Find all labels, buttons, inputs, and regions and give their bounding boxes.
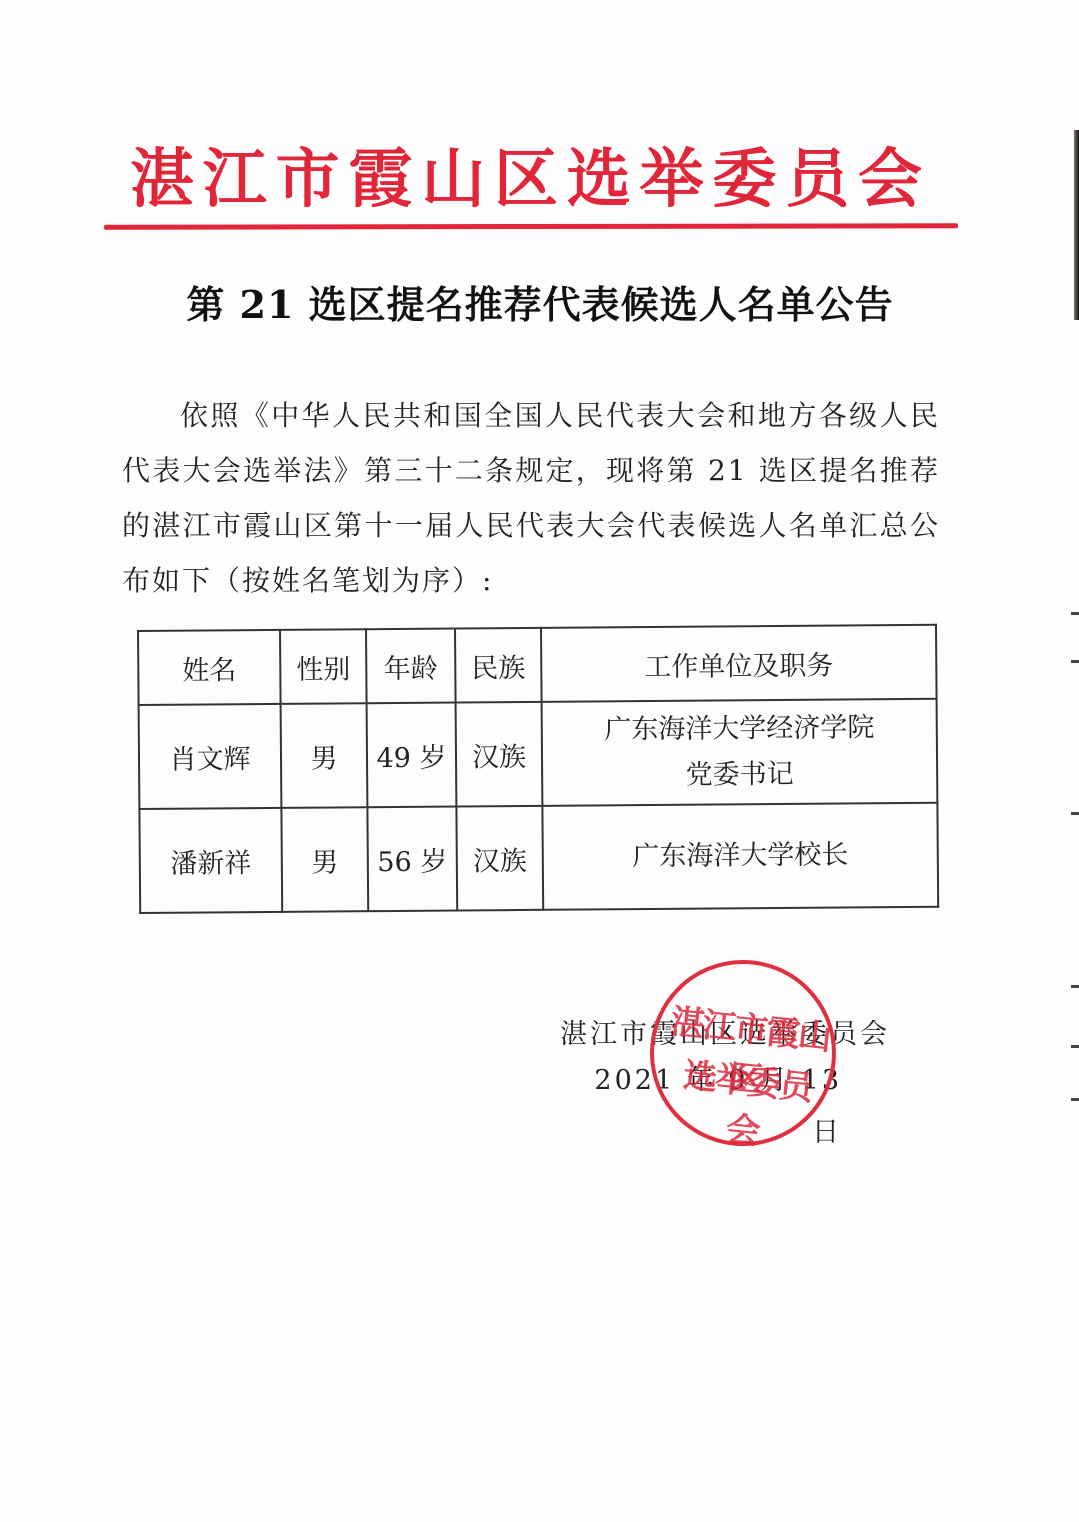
header-ethnicity: 民族 (455, 628, 542, 703)
table-row: 潘新祥 男 56 岁 汉族 广东海洋大学校长 (139, 803, 938, 913)
notice-body: 依照《中华人民共和国全国人民代表大会和地方各级人民代表大会选举法》第三十二条规定… (122, 388, 940, 608)
cell-ethnicity: 汉族 (456, 702, 543, 807)
cell-sex: 男 (281, 807, 368, 912)
masthead-title: 湛江市霞山区选举委员会 (130, 140, 930, 220)
edge-mark (1071, 1045, 1079, 1048)
cell-age: 49 岁 (367, 703, 457, 808)
cell-name: 潘新祥 (139, 808, 282, 913)
header-age: 年龄 (366, 629, 456, 704)
edge-mark (1071, 812, 1079, 815)
cell-sex: 男 (281, 703, 368, 808)
header-unit: 工作单位及职务 (541, 625, 937, 702)
unit-line: 党委书记 (543, 751, 936, 800)
candidate-table: 姓名 性别 年龄 民族 工作单位及职务 肖文辉 男 49 岁 汉族 广东海洋大学… (137, 624, 939, 914)
cell-name: 肖文辉 (139, 704, 282, 809)
official-seal-icon: 湛江市霞山区 选举委员会 (650, 960, 836, 1146)
header-sex: 性别 (280, 629, 367, 704)
edge-mark (1071, 660, 1079, 663)
cell-unit: 广东海洋大学校长 (542, 803, 938, 910)
cell-age: 56 岁 (367, 806, 457, 911)
edge-mark (1071, 985, 1079, 988)
cell-unit: 广东海洋大学经济学院 党委书记 (542, 699, 938, 806)
table-header-row: 姓名 性别 年龄 民族 工作单位及职务 (138, 625, 937, 705)
cell-ethnicity: 汉族 (456, 806, 543, 911)
edge-mark (1071, 1098, 1079, 1101)
unit-line: 广东海洋大学校长 (544, 832, 937, 881)
edge-mark (1071, 612, 1079, 615)
page-edge-shadow (1074, 130, 1079, 320)
notice-title: 第 21 选区提名推荐代表候选人名单公告 (170, 280, 910, 330)
masthead-divider (104, 223, 958, 229)
header-name: 姓名 (138, 630, 281, 705)
table-row: 肖文辉 男 49 岁 汉族 广东海洋大学经济学院 党委书记 (139, 699, 938, 809)
unit-line: 广东海洋大学经济学院 (543, 705, 936, 754)
seal-text-line: 选举委员会 (665, 1046, 824, 1159)
